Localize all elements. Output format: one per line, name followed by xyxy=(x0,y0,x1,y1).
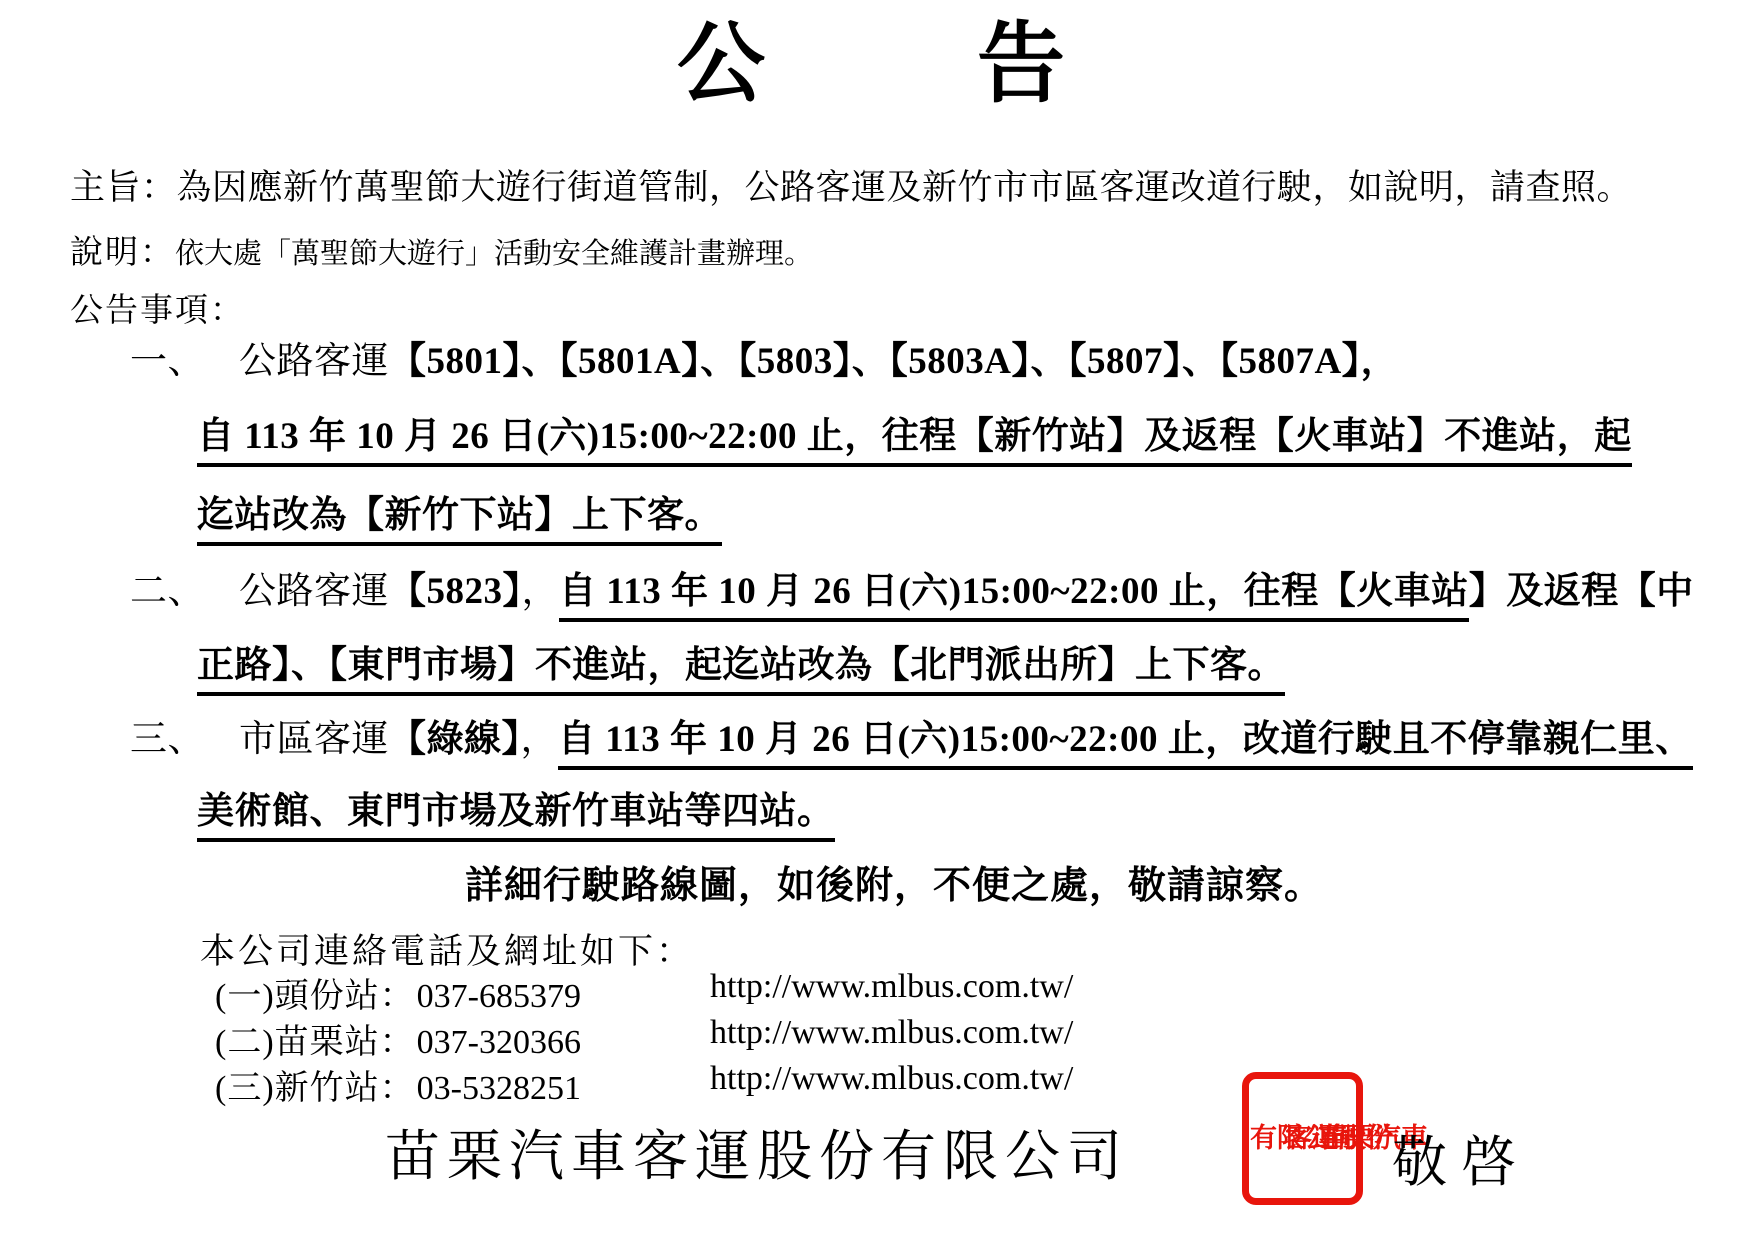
item-3-detail-underlined: 自 113 年 10 月 26 日(六)15:00~22:00 止，改道行駛且不… xyxy=(558,719,1693,770)
item-1-routes: 【5801】、【5801A】、【5803】、【5803A】、【5807】、【58… xyxy=(389,341,1398,382)
item-2-detail-underlined: 自 113 年 10 月 26 日(六)15:00~22:00 止，往程【火車站 xyxy=(559,571,1469,622)
company-name: 苗栗汽車客運股份有限公司 xyxy=(385,1112,1129,1191)
item-1-detail-underlined: 自 113 年 10 月 26 日(六)15:00~22:00 止，往程【新竹站… xyxy=(197,416,1632,467)
subject-text: 為因應新竹萬聖節大遊行街道管制，公路客運及新竹市市區客運改道行駛，如說明，請查照… xyxy=(177,168,1633,207)
contact-row-toufen: (一)頭份站：037-685379http://www.mlbus.com.tw… xyxy=(215,968,1315,1017)
seal-column-2: 客運股份 xyxy=(1285,1124,1320,1153)
item-3-line-1: 三、市區客運【綠線】，自 113 年 10 月 26 日(六)15:00~22:… xyxy=(130,708,1693,762)
item-1-detail2-underlined: 迄站改為【新竹下站】上下客。 xyxy=(197,495,722,546)
contact-row-miaoli: (二)苗栗站：037-320366http://www.mlbus.com.tw… xyxy=(215,1014,1315,1063)
contact-label: (三)新竹站： xyxy=(215,1070,415,1107)
items-heading: 公告事項： xyxy=(70,284,245,331)
item-2-detail-tail: 】及返程【中 xyxy=(1469,571,1694,612)
item-2-number: 二、 xyxy=(130,560,205,614)
item-3-detail2-underlined: 美術館、東門市場及新竹車站等四站。 xyxy=(197,791,835,842)
explanation-text: 依大處「萬聖節大遊行」活動安全維護計畫辦理。 xyxy=(175,238,813,270)
item-2-line-1: 二、公路客運【5823】，自 113 年 10 月 26 日(六)15:00~2… xyxy=(130,560,1694,614)
closing-note: 詳細行駛路線圖，如後附，不便之處，敬請諒察。 xyxy=(465,854,1323,909)
item-3-intro: 市區客運 xyxy=(239,719,389,760)
contact-row-hsinchu: (三)新竹站：03-5328251http://www.mlbus.com.tw… xyxy=(215,1060,1315,1109)
contact-label: (二)苗栗站： xyxy=(215,1024,415,1061)
item-3-comma: ， xyxy=(521,719,559,760)
explanation-line: 說明：依大處「萬聖節大遊行」活動安全維護計畫辦理。 xyxy=(70,226,813,273)
subject-line: 主旨：為因應新竹萬聖節大遊行街道管制，公路客運及新竹市市區客運改道行駛，如說明，… xyxy=(70,160,1632,210)
seal-column-3: 有限公司 xyxy=(1250,1124,1285,1153)
item-2-line-2: 正路】、【東門市場】不進站，起迄站改為【北門派出所】上下客。 xyxy=(197,634,1285,688)
contact-url: http://www.mlbus.com.tw/ xyxy=(710,968,1073,1006)
explanation-label: 說明： xyxy=(70,235,175,271)
company-seal-stamp: 苗栗汽車 客運股份 有限公司 xyxy=(1242,1072,1363,1205)
contact-phone: 037-685379 xyxy=(417,978,581,1015)
contact-phone: 037-320366 xyxy=(417,1024,581,1061)
contact-url: http://www.mlbus.com.tw/ xyxy=(710,1060,1073,1098)
item-2-intro: 公路客運 xyxy=(239,571,389,612)
item-2-route: 【5823】 xyxy=(389,571,522,612)
seal-column-1: 苗栗汽車 xyxy=(1320,1124,1355,1153)
announcement-document: 公 告 主旨：為因應新竹萬聖節大遊行街道管制，公路客運及新竹市市區客運改道行駛，… xyxy=(0,0,1754,1240)
contact-phone: 03-5328251 xyxy=(417,1070,581,1107)
item-2-detail2-underlined: 正路】、【東門市場】不進站，起迄站改為【北門派出所】上下客。 xyxy=(197,645,1285,696)
respectfully-announced: 敬啓 xyxy=(1392,1118,1530,1197)
item-1-line-2: 自 113 年 10 月 26 日(六)15:00~22:00 止，往程【新竹站… xyxy=(197,405,1632,459)
item-1-line-3: 迄站改為【新竹下站】上下客。 xyxy=(197,484,722,538)
item-3-route: 【綠線】 xyxy=(389,719,521,760)
item-1-line-1: 一、公路客運【5801】、【5801A】、【5803】、【5803A】、【580… xyxy=(130,330,1398,384)
item-1-number: 一、 xyxy=(130,330,205,384)
page-title: 公 告 xyxy=(0,18,1754,113)
item-3-number: 三、 xyxy=(130,708,205,762)
contact-url: http://www.mlbus.com.tw/ xyxy=(710,1014,1073,1052)
item-1-intro: 公路客運 xyxy=(239,341,389,382)
contact-label: (一)頭份站： xyxy=(215,978,415,1015)
subject-label: 主旨： xyxy=(70,168,177,207)
item-3-line-2: 美術館、東門市場及新竹車站等四站。 xyxy=(197,780,835,834)
contact-heading: 本公司連絡電話及網址如下： xyxy=(200,924,694,974)
item-2-comma: ， xyxy=(522,571,560,612)
